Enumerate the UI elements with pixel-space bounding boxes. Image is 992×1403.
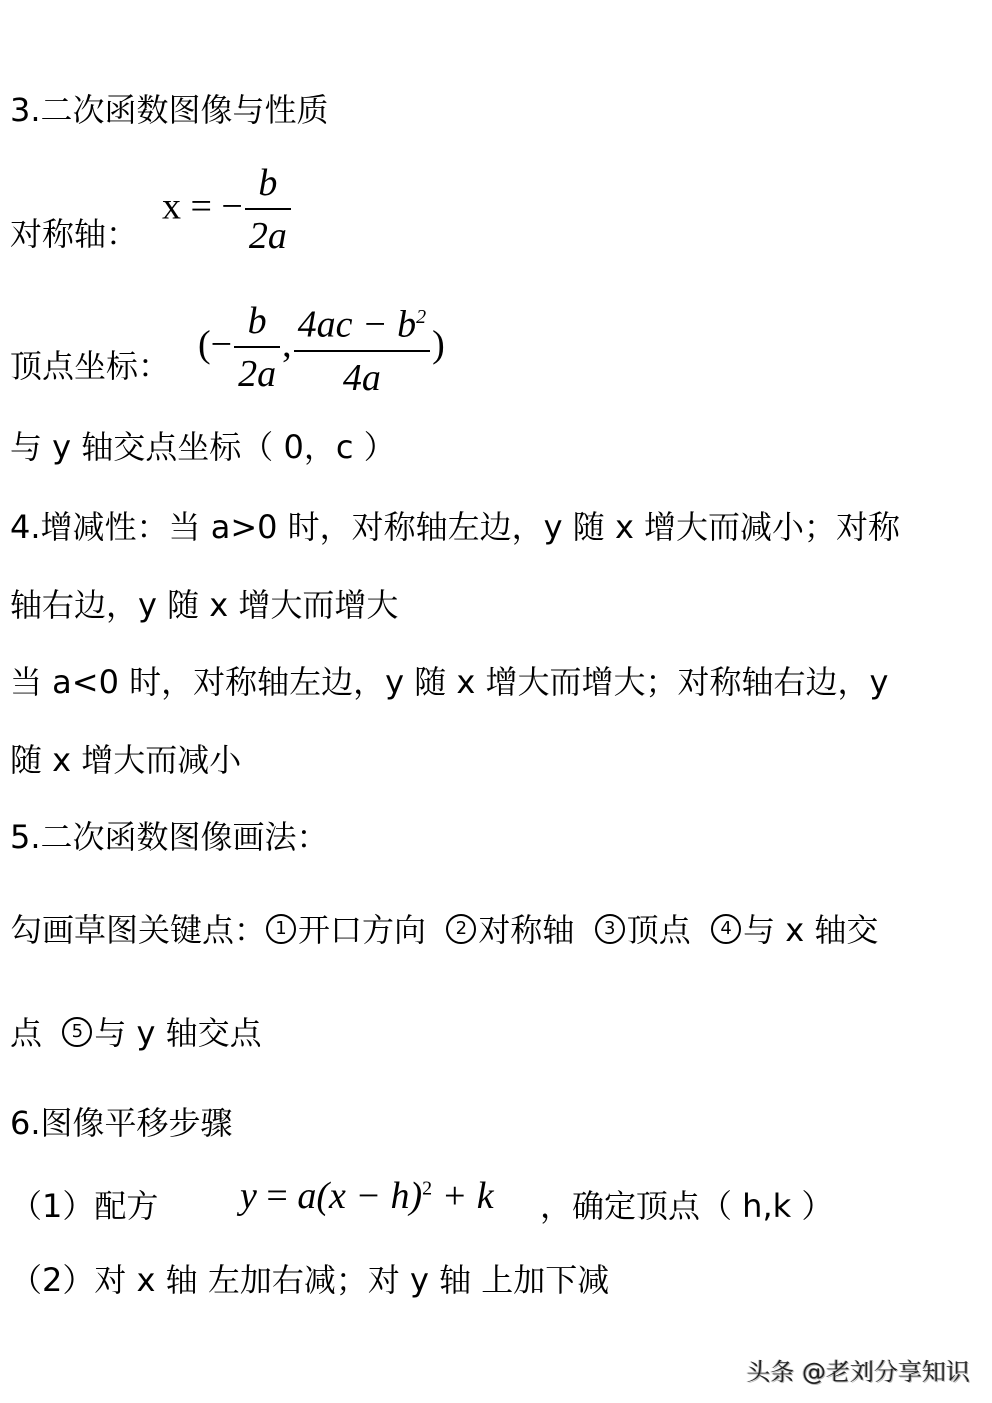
- vertex-form-formula: y = a(x − h)2 + k: [240, 1174, 494, 1218]
- vertex-label: 顶点坐标：: [10, 346, 170, 386]
- section-5-title: 5.二次函数图像画法：: [10, 817, 329, 857]
- axis-of-symmetry-formula: x = −b2a: [162, 158, 293, 262]
- step-2: （2）对 x 轴 左加右减；对 y 轴 上加下减: [10, 1260, 609, 1300]
- circled-number-icon: 4: [711, 914, 741, 944]
- monotonicity-line-2: 轴右边，y 随 x 增大而增大: [10, 585, 398, 625]
- circled-number-icon: 1: [266, 914, 296, 944]
- step-1-suffix: ，确定顶点（ h,k ）: [540, 1186, 833, 1226]
- keypoints-line: 勾画草图关键点：1开口方向 2对称轴 3顶点 4与 x 轴交: [10, 910, 878, 950]
- y-intercept: 与 y 轴交点坐标（ 0，c ）: [10, 427, 396, 467]
- monotonicity-line-3: 当 a<0 时，对称轴左边，y 随 x 增大而增大；对称轴右边，y: [10, 662, 888, 702]
- fraction-y: 4ac − b24a: [294, 292, 431, 404]
- section-6-title: 6.图像平移步骤: [10, 1103, 233, 1143]
- monotonicity-line-4: 随 x 增大而减小: [10, 740, 241, 780]
- monotonicity-line-1: 4.增减性：当 a>0 时，对称轴左边，y 随 x 增大而减小；对称: [10, 507, 900, 547]
- circled-number-icon: 2: [446, 914, 476, 944]
- circled-number-icon: 5: [62, 1017, 92, 1047]
- keypoints-line-2: 点 5与 y 轴交点: [10, 1013, 262, 1053]
- vertex-formula: (−b2a,4ac − b24a): [198, 292, 445, 404]
- step-1: （1）配方: [10, 1186, 158, 1226]
- circled-number-icon: 3: [595, 914, 625, 944]
- fraction-x: b2a: [234, 296, 280, 400]
- fraction: b2a: [245, 158, 291, 262]
- axis-of-symmetry-label: 对称轴：: [10, 214, 138, 254]
- section-3-title: 3.二次函数图像与性质: [10, 90, 329, 130]
- watermark: 头条 @老刘分享知识: [746, 1352, 970, 1387]
